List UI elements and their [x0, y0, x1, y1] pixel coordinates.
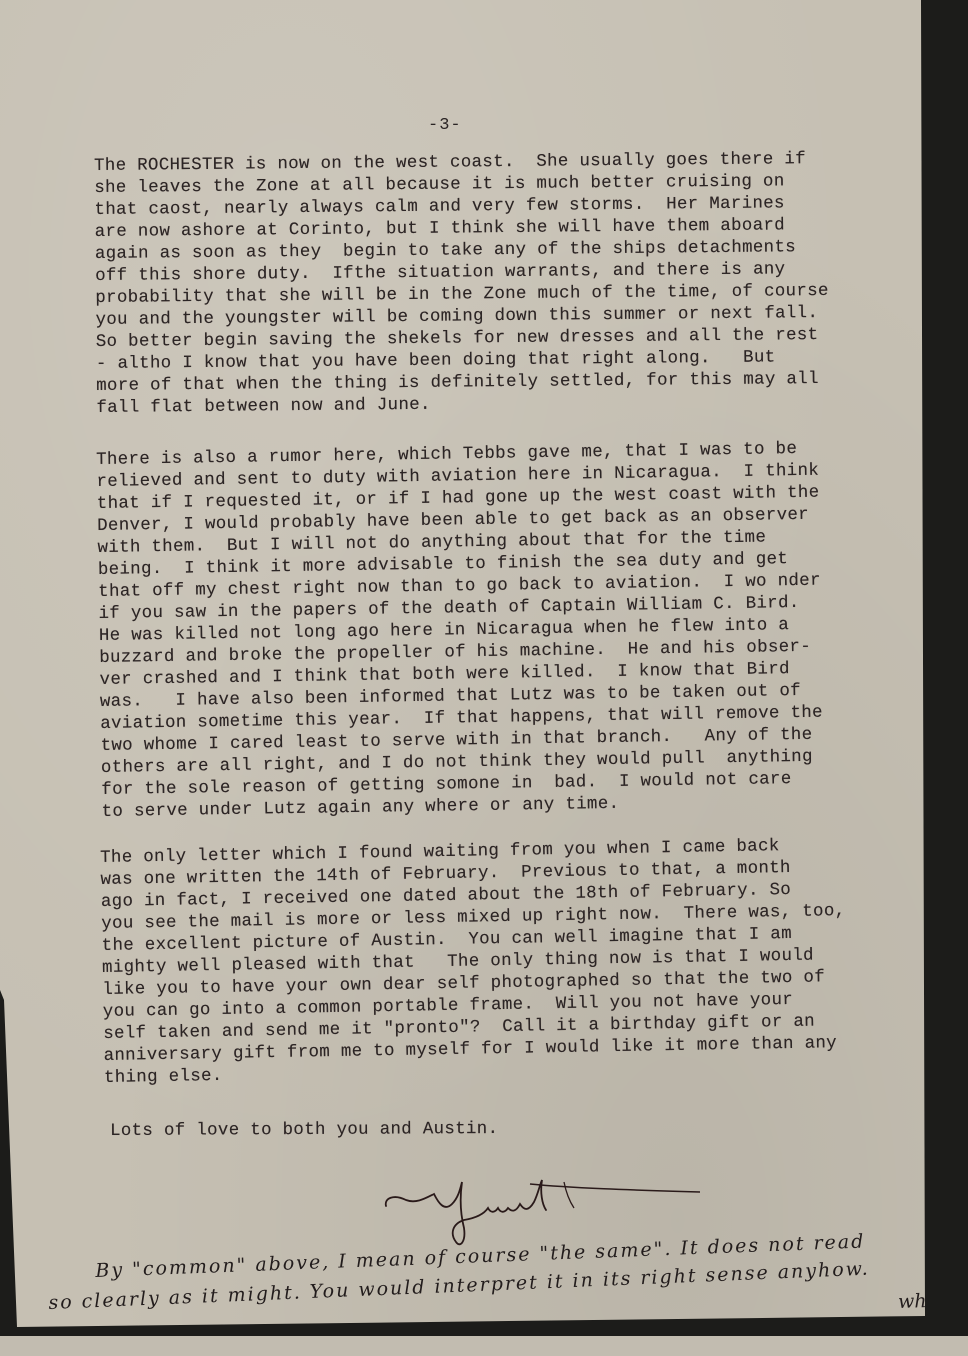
closing-line: Lots of love to both you and Austin.: [110, 1119, 498, 1143]
table-surface: [0, 1336, 968, 1356]
letter-page: -3- The ROCHESTER is now on the west coa…: [0, 0, 968, 1356]
paragraph-rochester: The ROCHESTER is now on the west coast. …: [94, 149, 830, 420]
paragraph-letters-photo: The only letter which I found waiting fr…: [100, 835, 848, 1090]
handwritten-postscript: By "common" above, I mean of course "the…: [40, 1250, 940, 1325]
page-number: -3-: [428, 116, 462, 135]
paragraph-aviation-rumor: There is also a rumor here, which Tebbs …: [96, 439, 824, 824]
document-photo: -3- The ROCHESTER is now on the west coa…: [0, 0, 968, 1356]
